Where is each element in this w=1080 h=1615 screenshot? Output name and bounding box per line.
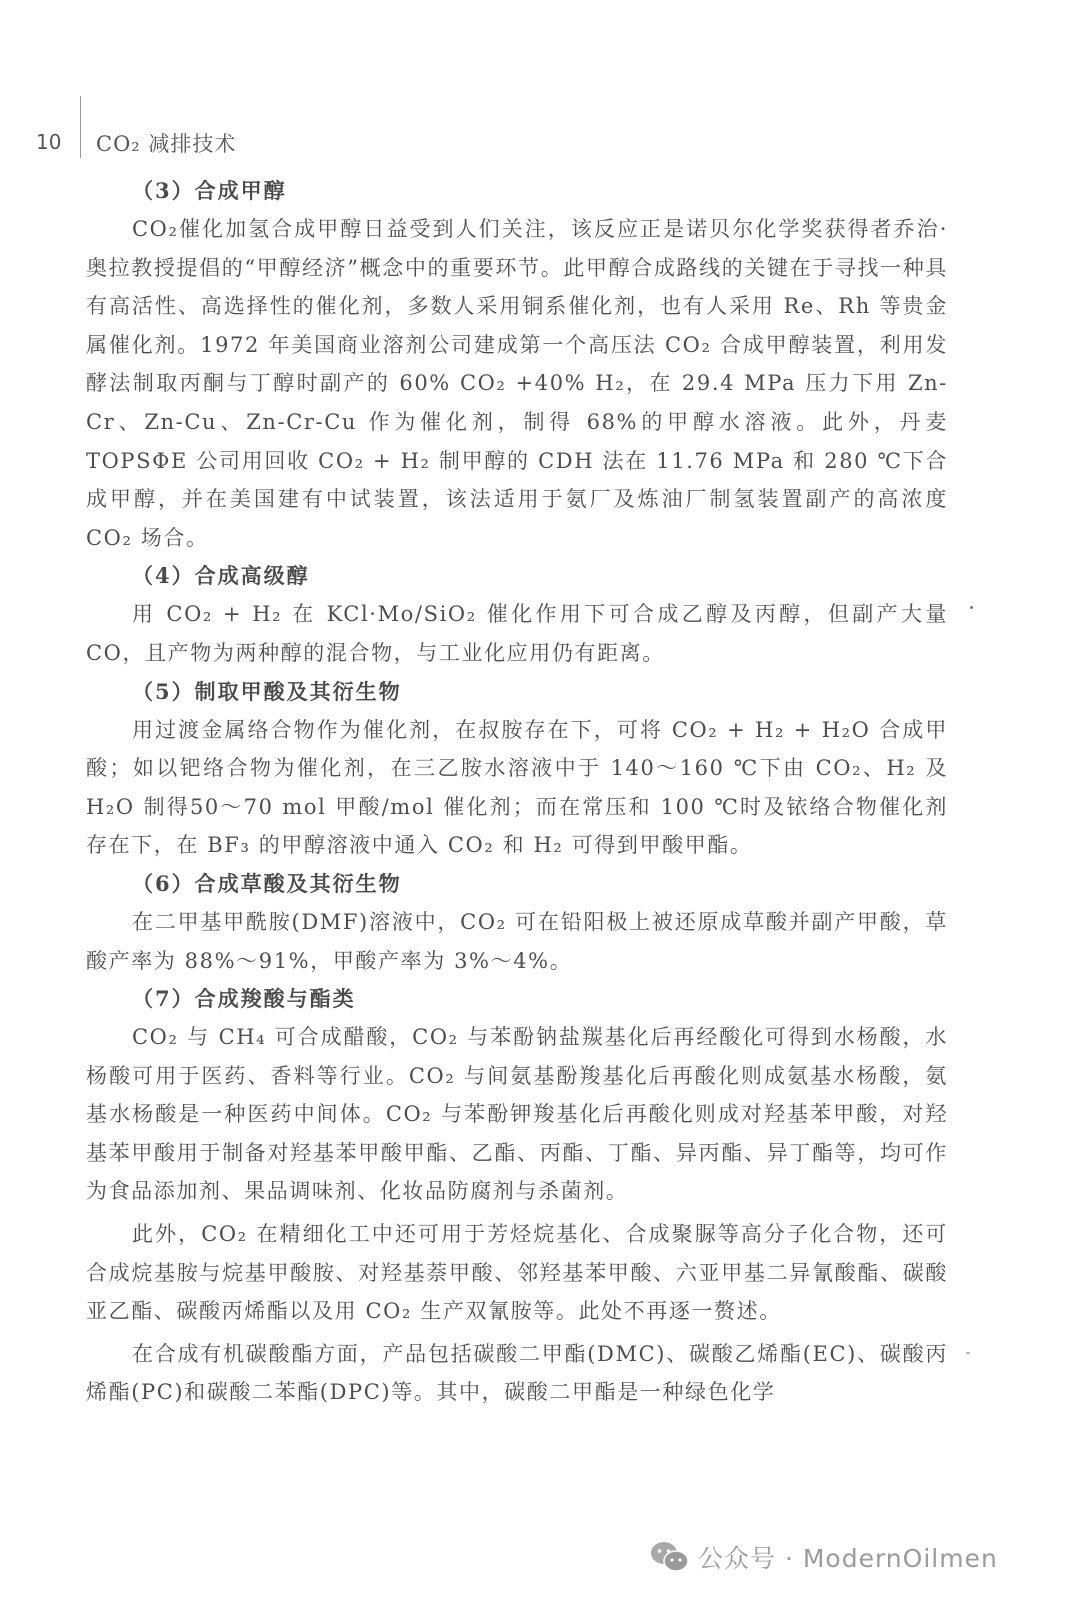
section-heading-3: （3）合成甲醇 — [86, 172, 948, 210]
page-number: 10 — [36, 130, 61, 154]
wechat-icon — [650, 1541, 690, 1573]
paragraph: 在合成有机碳酸酯方面，产品包括碳酸二甲酯(DMC)、碳酸乙烯酯(EC)、碳酸丙烯… — [86, 1335, 948, 1412]
watermark: 公众号 · ModernOilmen — [650, 1540, 998, 1574]
section-heading-4: （4）合成高级醇 — [86, 557, 948, 595]
scan-speck — [966, 1352, 970, 1354]
paragraph: CO₂ 与 CH₄ 可合成醋酸，CO₂ 与苯酚钠盐羰基化后再经酸化可得到水杨酸，… — [86, 1018, 948, 1211]
watermark-label: 公众号 · ModernOilmen — [698, 1539, 998, 1575]
section-heading-6: （6）合成草酸及其衍生物 — [86, 865, 948, 903]
section-heading-7: （7）合成羧酸与酯类 — [86, 980, 948, 1018]
running-title: CO₂ 减排技术 — [96, 128, 236, 158]
page-header: 10 CO₂ 减排技术 — [0, 96, 600, 166]
paragraph: CO₂催化加氢合成甲醇日益受到人们关注，该反应正是诺贝尔化学奖获得者乔治·奥拉教… — [86, 210, 948, 557]
header-divider — [80, 96, 81, 158]
paragraph: 在二甲基甲酰胺(DMF)溶液中，CO₂ 可在铅阳极上被还原成草酸并副产甲酸，草酸… — [86, 903, 948, 980]
scan-speck — [970, 606, 973, 609]
paragraph: 用 CO₂ + H₂ 在 KCl·Mo/SiO₂ 催化作用下可合成乙醇及丙醇，但… — [86, 595, 948, 672]
section-heading-5: （5）制取甲酸及其衍生物 — [86, 673, 948, 711]
paragraph: 用过渡金属络合物作为催化剂，在叔胺存在下，可将 CO₂ + H₂ + H₂O 合… — [86, 711, 948, 865]
paragraph: 此外，CO₂ 在精细化工中还可用于芳烃烷基化、合成聚脲等高分子化合物，还可合成烷… — [86, 1215, 948, 1331]
page-body: （3）合成甲醇 CO₂催化加氢合成甲醇日益受到人们关注，该反应正是诺贝尔化学奖获… — [86, 172, 948, 1412]
